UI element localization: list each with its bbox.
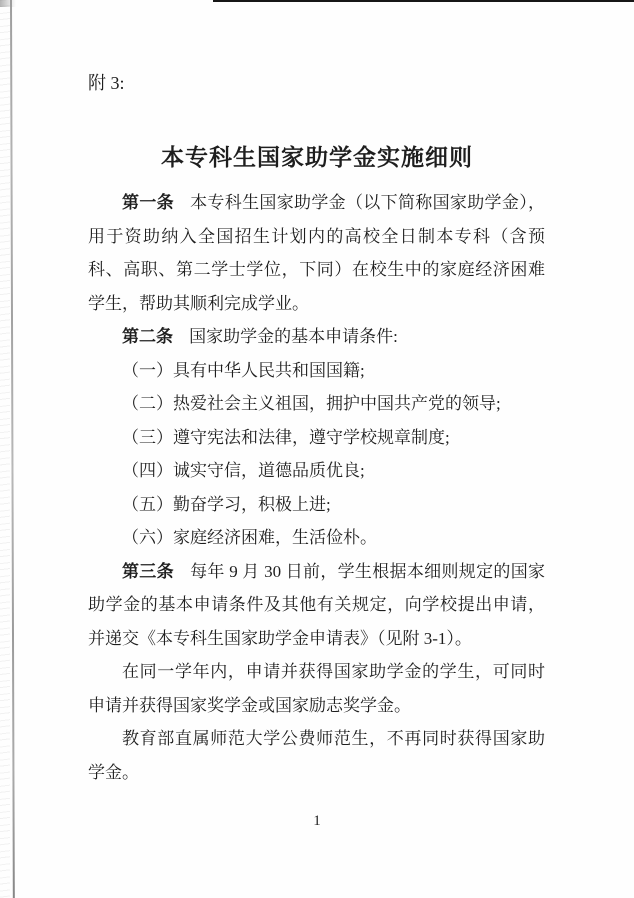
- article-2-head: 第二条: [122, 327, 173, 346]
- same-year-note-text: 在同一学年内，申请并获得国家助学金的学生，可同时申请并获得国家奖学金或国家励志奖…: [88, 662, 545, 715]
- condition-item-1: （一）具有中华人民共和国国籍;: [88, 354, 545, 388]
- condition-item-2-text: （二）热爱社会主义祖国，拥护中国共产党的领导;: [122, 394, 501, 413]
- article-1-head: 第一条: [122, 193, 174, 212]
- paragraph-same-year-note: 在同一学年内，申请并获得国家助学金的学生，可同时申请并获得国家奖学金或国家励志奖…: [88, 655, 545, 722]
- left-edge-scan-line-artifact: [10, 0, 15, 898]
- condition-item-2: （二）热爱社会主义祖国，拥护中国共产党的领导;: [88, 387, 545, 421]
- public-funded-note-text: 教育部直属师范大学公费师范生，不再同时获得国家助学金。: [88, 729, 545, 782]
- article-2-text: 国家助学金的基本申请条件:: [189, 327, 398, 346]
- paragraph-public-funded-note: 教育部直属师范大学公费师范生，不再同时获得国家助学金。: [88, 722, 545, 789]
- condition-item-6: （六）家庭经济困难，生活俭朴。: [88, 521, 545, 555]
- attachment-label: 附 3:: [88, 71, 125, 95]
- condition-item-3-text: （三）遵守宪法和法律，遵守学校规章制度;: [122, 428, 450, 447]
- article-3-head: 第三条: [122, 562, 174, 581]
- scanned-document-page: 附 3: 本专科生国家助学金实施细则 第一条本专科生国家助学金（以下简称国家助学…: [0, 0, 634, 898]
- paragraph-article-2: 第二条国家助学金的基本申请条件:: [88, 320, 545, 354]
- condition-item-4-text: （四）诚实守信，道德品质优良;: [122, 461, 365, 480]
- condition-item-3: （三）遵守宪法和法律，遵守学校规章制度;: [88, 421, 545, 455]
- condition-item-6-text: （六）家庭经济困难，生活俭朴。: [122, 528, 377, 547]
- paragraph-article-3: 第三条每年 9 月 30 日前，学生根据本细则规定的国家助学金的基本申请条件及其…: [88, 555, 545, 656]
- condition-item-4: （四）诚实守信，道德品质优良;: [88, 454, 545, 488]
- document-title: 本专科生国家助学金实施细则: [0, 144, 634, 172]
- condition-item-5-text: （五）勤奋学习，积极上进;: [122, 495, 331, 514]
- top-edge-scan-bar-artifact: [213, 0, 634, 2]
- top-left-smudge-artifact: [0, 0, 16, 7]
- page-number: 1: [0, 810, 634, 832]
- condition-item-1-text: （一）具有中华人民共和国国籍;: [122, 361, 365, 380]
- paragraph-article-1: 第一条本专科生国家助学金（以下简称国家助学金），用于资助纳入全国招生计划内的高校…: [88, 186, 545, 320]
- left-edge-speckle-artifact: [0, 0, 10, 898]
- condition-item-5: （五）勤奋学习，积极上进;: [88, 488, 545, 522]
- document-body: 第一条本专科生国家助学金（以下简称国家助学金），用于资助纳入全国招生计划内的高校…: [88, 186, 545, 789]
